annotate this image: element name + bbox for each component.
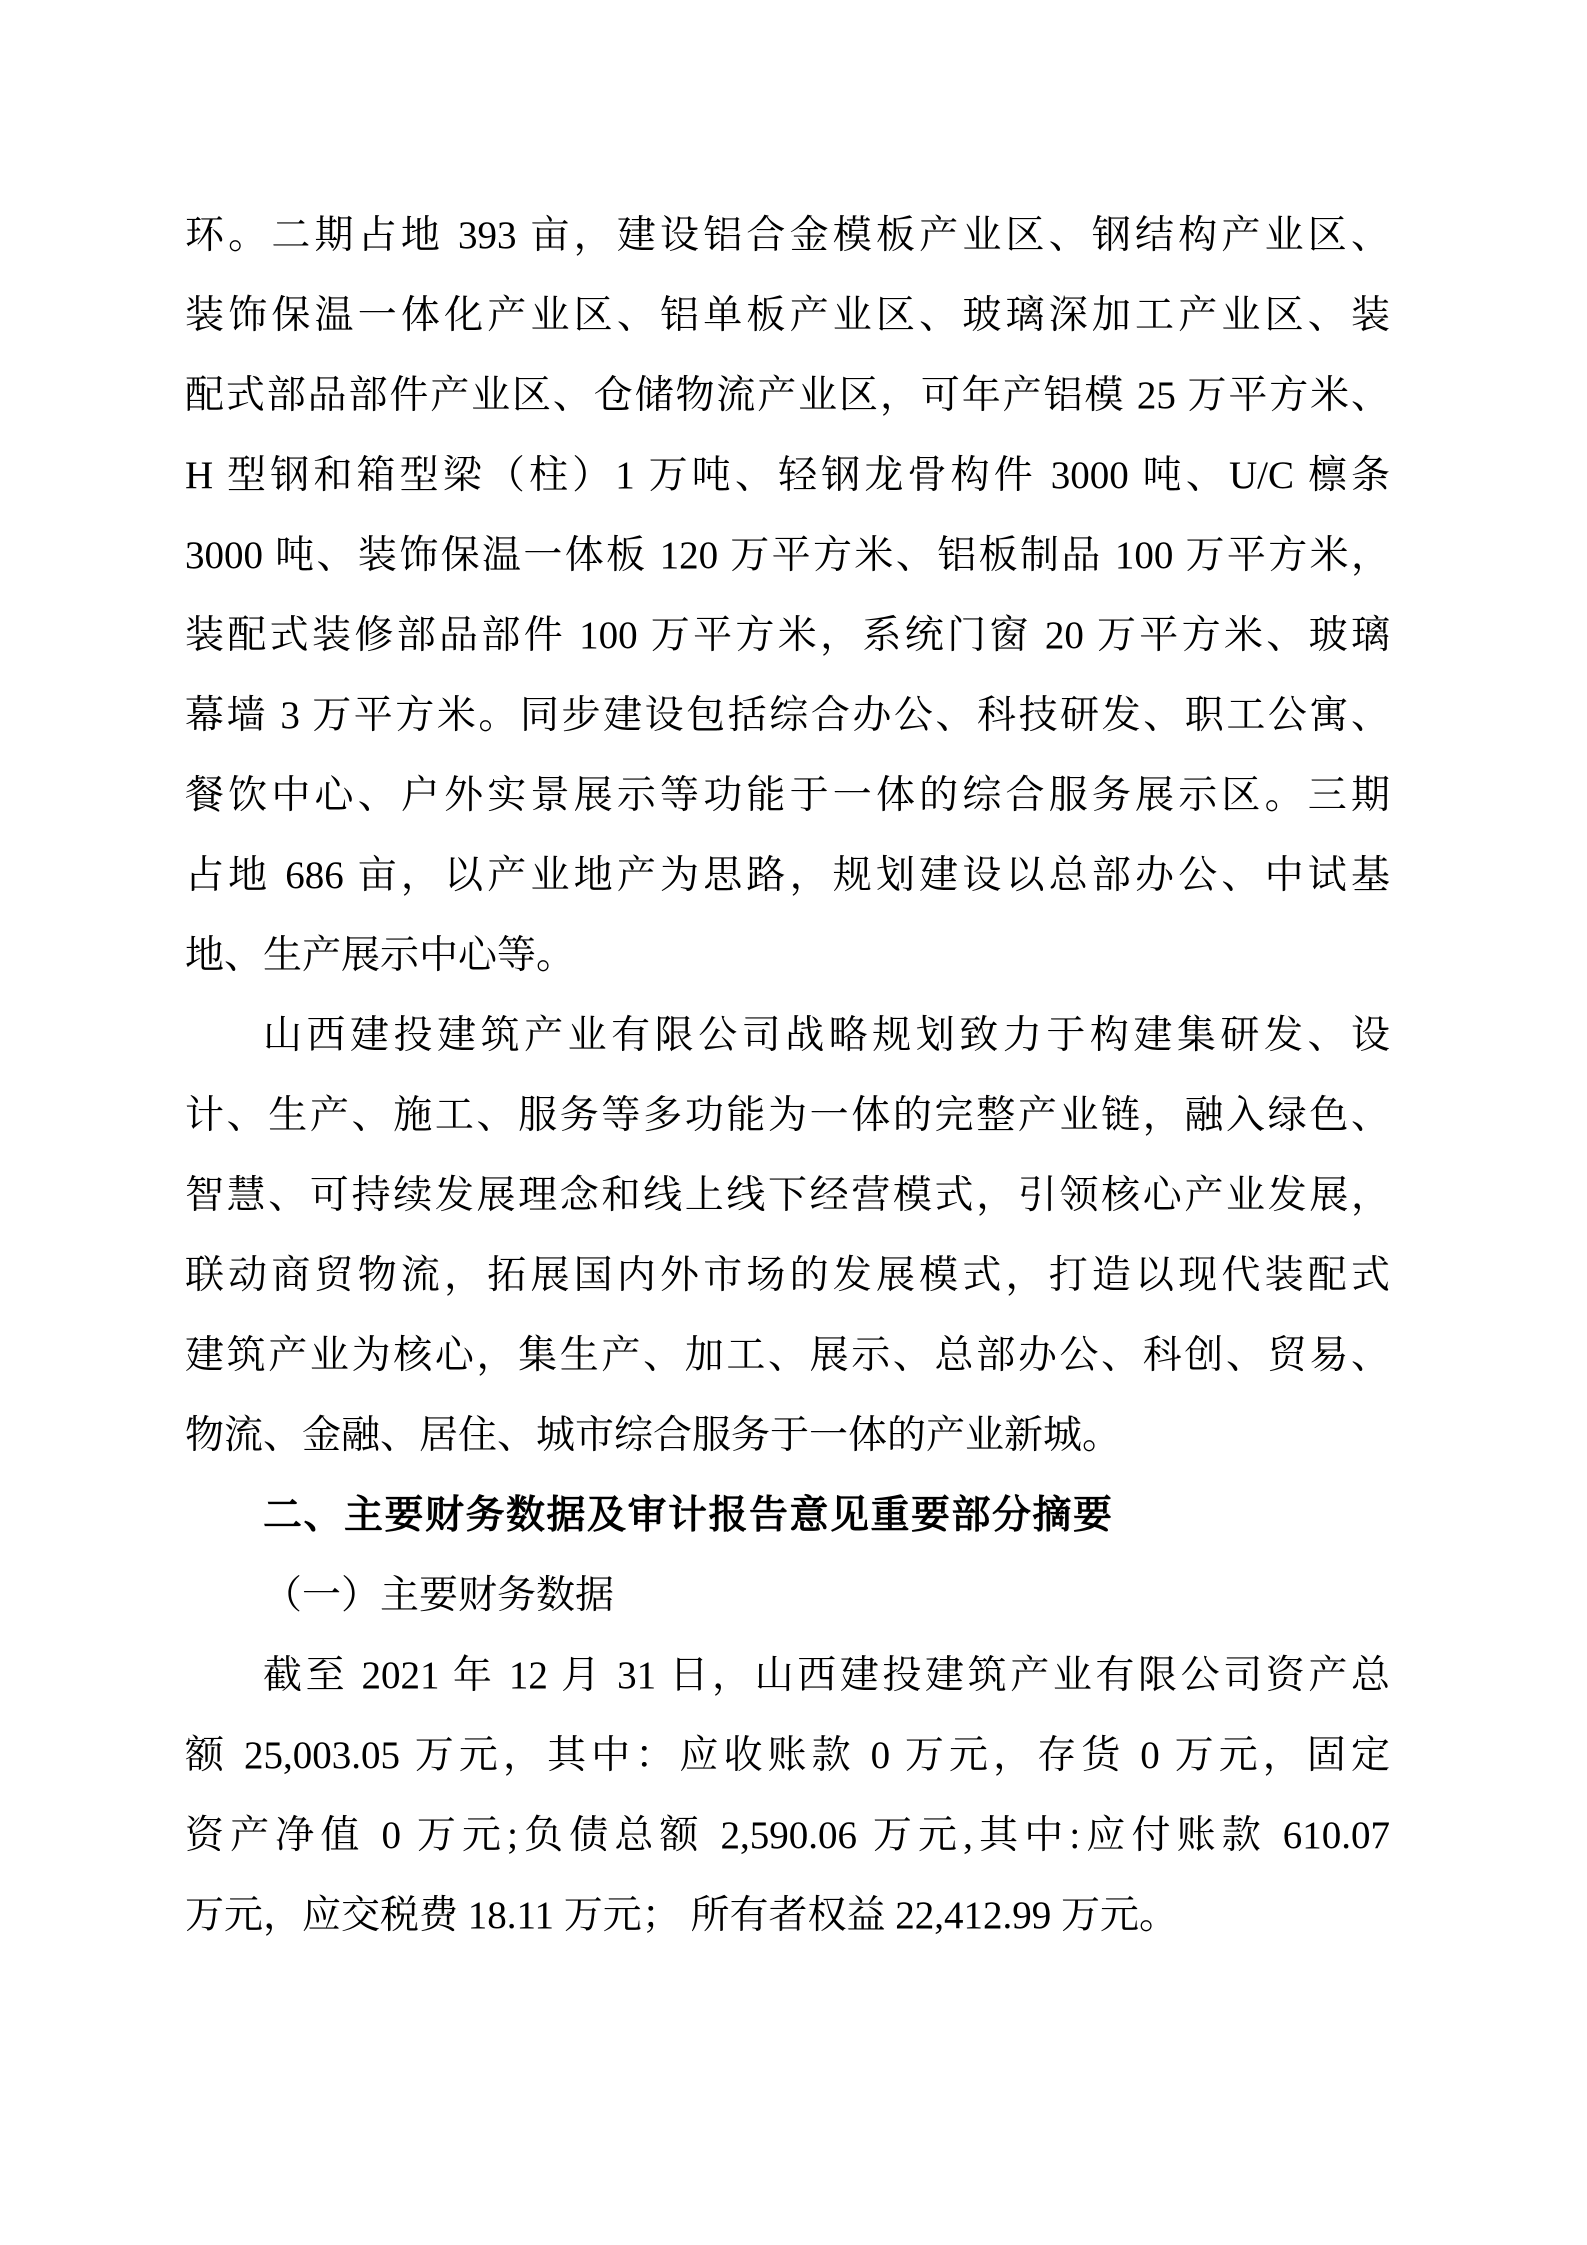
document-text: 环。二期占地 393 亩，建设铝合金模板产业区、钢结构产业区、 装饰保温一体化产… (185, 196, 1390, 1956)
paragraph-3: 截至 2021 年 12 月 31 日，山西建投建筑产业有限公司资产总 额 25… (185, 1636, 1390, 1956)
body-line: 装饰保温一体化产业区、铝单板产业区、玻璃深加工产业区、装 (185, 276, 1390, 356)
body-line: 餐饮中心、户外实景展示等功能于一体的综合服务展示区。三期 (185, 756, 1390, 836)
body-line: 配式部品部件产业区、仓储物流产业区，可年产铝模 25 万平方米、 (185, 356, 1390, 436)
paragraph-1: 环。二期占地 393 亩，建设铝合金模板产业区、钢结构产业区、 装饰保温一体化产… (185, 196, 1390, 996)
body-line: 额 25,003.05 万元，其中：应收账款 0 万元，存货 0 万元，固定 (185, 1716, 1390, 1796)
body-line: 万元，应交税费 18.11 万元； 所有者权益 22,412.99 万元。 (185, 1876, 1390, 1956)
body-line: 智慧、可持续发展理念和线上线下经营模式，引领核心产业发展， (185, 1156, 1390, 1236)
subsection-heading: （一）主要财务数据 (185, 1556, 1390, 1636)
body-line: 幕墙 3 万平方米。同步建设包括综合办公、科技研发、职工公寓、 (185, 676, 1390, 756)
body-line: 环。二期占地 393 亩，建设铝合金模板产业区、钢结构产业区、 (185, 196, 1390, 276)
body-line: 装配式装修部品部件 100 万平方米，系统门窗 20 万平方米、玻璃 (185, 596, 1390, 676)
body-line: 3000 吨、装饰保温一体板 120 万平方米、铝板制品 100 万平方米， (185, 516, 1390, 596)
body-line: 建筑产业为核心，集生产、加工、展示、总部办公、科创、贸易、 (185, 1316, 1390, 1396)
body-line: 占地 686 亩，以产业地产为思路，规划建设以总部办公、中试基 (185, 836, 1390, 916)
body-line: 计、生产、施工、服务等多功能为一体的完整产业链，融入绿色、 (185, 1076, 1390, 1156)
body-line: 地、生产展示中心等。 (185, 916, 1390, 996)
section-heading: 二、主要财务数据及审计报告意见重要部分摘要 (185, 1476, 1390, 1556)
body-line: 联动商贸物流，拓展国内外市场的发展模式，打造以现代装配式 (185, 1236, 1390, 1316)
document-page: 环。二期占地 393 亩，建设铝合金模板产业区、钢结构产业区、 装饰保温一体化产… (0, 0, 1587, 2245)
body-line: 截至 2021 年 12 月 31 日，山西建投建筑产业有限公司资产总 (185, 1636, 1390, 1716)
body-line: 资产净值 0 万元;负债总额 2,590.06 万元,其中:应付账款 610.0… (185, 1796, 1390, 1876)
body-line: H 型钢和箱型梁（柱）1 万吨、轻钢龙骨构件 3000 吨、U/C 檩条 (185, 436, 1390, 516)
body-line: 物流、金融、居住、城市综合服务于一体的产业新城。 (185, 1396, 1390, 1476)
body-line: 山西建投建筑产业有限公司战略规划致力于构建集研发、设 (185, 996, 1390, 1076)
paragraph-2: 山西建投建筑产业有限公司战略规划致力于构建集研发、设 计、生产、施工、服务等多功… (185, 996, 1390, 1476)
